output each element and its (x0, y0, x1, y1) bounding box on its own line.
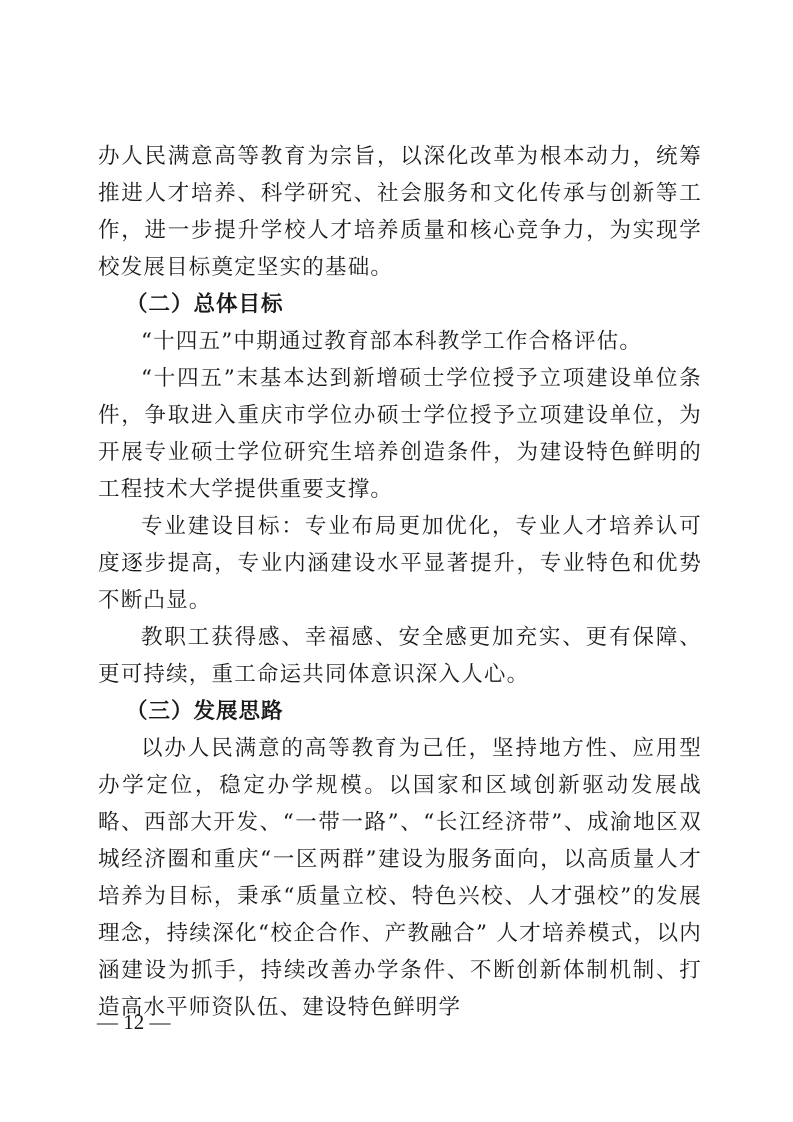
paragraph-mid-term-goal: “十四五”中期通过教育部本科教学工作合格评估。 (98, 323, 702, 360)
document-page: 办人民满意高等教育为宗旨，以深化改革为根本动力，统筹推进人才培养、科学研究、社会… (98, 138, 702, 1026)
section-heading-development-approach: （三）发展思路 (98, 693, 702, 730)
page-number: — 12 — (97, 1010, 171, 1035)
paragraph-major-construction-goal: 专业建设目标：专业布局更加优化，专业人才培养认可度逐步提高，专业内涵建设水平显著… (98, 508, 702, 619)
paragraph-end-term-goal: “十四五”末基本达到新增硕士学位授予立项建设单位条件，争取进入重庆市学位办硕士学… (98, 360, 702, 508)
paragraph-staff-wellbeing-goal: 教职工获得感、幸福感、安全感更加充实、更有保障、更可持续，重工命运共同体意识深入… (98, 619, 702, 693)
paragraph-mission-continued: 办人民满意高等教育为宗旨，以深化改革为根本动力，统筹推进人才培养、科学研究、社会… (98, 138, 702, 286)
section-heading-overall-goals: （二）总体目标 (98, 286, 702, 323)
paragraph-development-approach: 以办人民满意的高等教育为己任，坚持地方性、应用型办学定位，稳定办学规模。以国家和… (98, 730, 702, 1026)
